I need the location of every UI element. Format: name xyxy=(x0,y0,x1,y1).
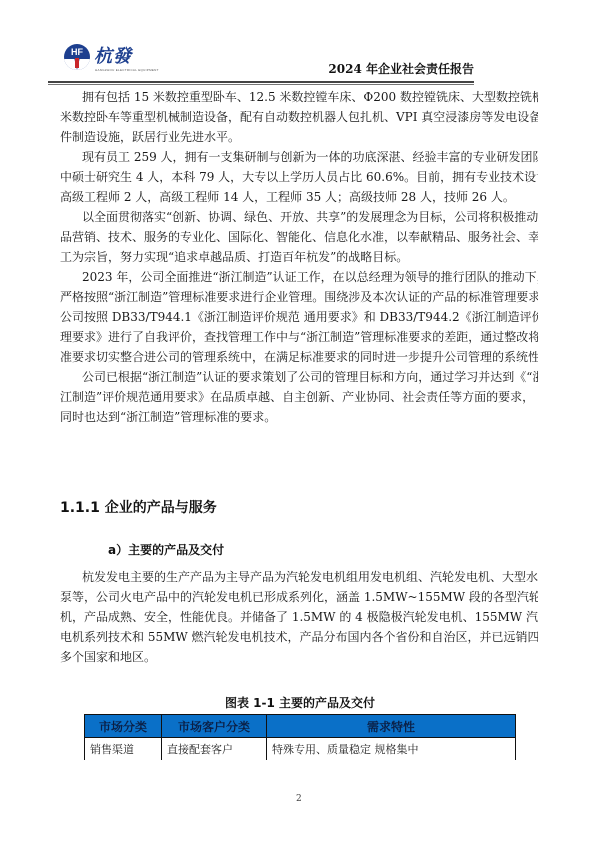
body-text: 拥有包括 15 米数控重型卧车、12.5 米数控镗车床、Φ200 数控镗铣床、大… xyxy=(60,87,538,427)
paragraph-management-goals: 公司已根据“浙江制造”认证的要求策划了公司的管理目标和方向，通过学习并达到《“浙… xyxy=(60,367,538,427)
text-line: 公司已根据“浙江制造”认证的要求策划了公司的管理目标和方向，通过学习并达到《“浙 xyxy=(60,367,538,387)
text-line: 同时也达到“浙江制造”管理标准的要求。 xyxy=(60,407,538,427)
table-header-row: 市场分类 市场客户分类 需求特性 xyxy=(85,715,516,738)
paragraph-certification: 2023 年，公司全面推进“浙江制造”认证工作，在以总经理为领导的推行团队的推动… xyxy=(60,267,538,367)
text-line: 电机系列技术和 55MW 燃汽轮发电机技术，产品分布国内各个省份和自治区，并已远… xyxy=(60,627,538,647)
sub-heading: a）主要的产品及交付 xyxy=(108,541,224,558)
logo-subtitle: HANGZHOU ELECTRICAL EQUIPMENT xyxy=(95,68,159,72)
paragraph-strategy: 以全面贯彻落实“创新、协调、绿色、开放、共享”的发展理念为目标，公司将积极推动产… xyxy=(60,207,538,267)
text-line: 米数控卧车等重型机械制造设备，配有自动数控机器人包扎机、VPI 真空浸漆房等发电… xyxy=(60,107,538,127)
column-header: 需求特性 xyxy=(267,715,516,738)
hf-logo-icon: HF xyxy=(64,44,90,70)
column-header: 市场客户分类 xyxy=(162,715,267,738)
text-line: 拥有包括 15 米数控重型卧车、12.5 米数控镗车床、Φ200 数控镗铣床、大… xyxy=(60,87,538,107)
text-line: 严格按照“浙江制造”管理标准要求进行企业管理。围绕涉及本次认证的产品的标准管理要… xyxy=(60,287,538,307)
paragraph-staff: 现有员工 259 人，拥有一支集研制与创新为一体的功底深湛、经验丰富的专业研发团… xyxy=(60,147,538,207)
text-line: 品营销、技术、服务的专业化、国际化、智能化、信息化水准，以奉献精品、服务社会、幸… xyxy=(60,227,538,247)
header-divider xyxy=(48,81,474,83)
header-divider-thin xyxy=(48,84,474,85)
text-line: 件制造设施，跃居行业先进水平。 xyxy=(60,127,538,147)
text-line: 江制造”评价规范通用要求》在品质卓越、自主创新、产业协同、社会责任等方面的要求， xyxy=(60,387,538,407)
page-number: 2 xyxy=(296,794,302,804)
products-table: 市场分类 市场客户分类 需求特性 销售渠道 直接配套客户 特殊专用、质量稳定 规… xyxy=(84,714,516,760)
text-line: 杭发发电主要的生产产品为主导产品为汽轮发电机组用发电机组、汽轮发电机、大型水 xyxy=(60,567,538,587)
table-cell: 特殊专用、质量稳定 规格集中 xyxy=(267,738,516,761)
paragraph-equipment: 拥有包括 15 米数控重型卧车、12.5 米数控镗车床、Φ200 数控镗铣床、大… xyxy=(60,87,538,147)
text-line: 现有员工 259 人，拥有一支集研制与创新为一体的功底深湛、经验丰富的专业研发团… xyxy=(60,147,538,167)
company-logo: HF 杭發 HANGZHOU ELECTRICAL EQUIPMENT xyxy=(64,42,184,74)
paragraph-products: 杭发发电主要的生产产品为主导产品为汽轮发电机组用发电机组、汽轮发电机、大型水 泵… xyxy=(60,567,538,667)
table-row: 销售渠道 直接配套客户 特殊专用、质量稳定 规格集中 xyxy=(85,738,516,761)
text-line: 理要求》进行了自我评价，查找管理工作中与“浙江制造”管理标准要求的差距，通过整改… xyxy=(60,327,538,347)
logo-name: 杭發 xyxy=(94,42,132,68)
column-header: 市场分类 xyxy=(85,715,162,738)
text-line: 2023 年，公司全面推进“浙江制造”认证工作，在以总经理为领导的推行团队的推动… xyxy=(60,267,538,287)
table-cell: 销售渠道 xyxy=(85,738,162,761)
document-page: HF 杭發 HANGZHOU ELECTRICAL EQUIPMENT 2024… xyxy=(0,0,600,854)
text-line: 准要求切实整合进公司的管理系统中，在满足标准要求的同时进一步提升公司管理的系统性… xyxy=(60,347,538,367)
text-line: 以全面贯彻落实“创新、协调、绿色、开放、共享”的发展理念为目标，公司将积极推动产 xyxy=(60,207,538,227)
page-header: HF 杭發 HANGZHOU ELECTRICAL EQUIPMENT 2024… xyxy=(48,40,474,80)
table-caption: 图表 1-1 主要的产品及交付 xyxy=(0,694,600,711)
text-line: 泵等，公司火电产品中的汽轮发电机已形成系列化，涵盖 1.5MW~155MW 段的… xyxy=(60,587,538,607)
report-title: 2024 年企业社会责任报告 xyxy=(328,60,474,77)
section-heading: 1.1.1 企业的产品与服务 xyxy=(60,497,217,517)
text-line: 多个国家和地区。 xyxy=(60,647,538,667)
text-line: 机，产品成熟、安全，性能优良。并储备了 1.5MW 的 4 极隐极汽轮发电机、1… xyxy=(60,607,538,627)
text-line: 工为宗旨，努力实现“追求卓越品质、打造百年杭发”的战略目标。 xyxy=(60,247,538,267)
text-line: 高级工程师 2 人，高级工程师 14 人，工程师 35 人；高级技师 28 人，… xyxy=(60,187,538,207)
text-line: 中硕士研究生 4 人，本科 79 人，大专以上学历人员占比 60.6%。目前，拥… xyxy=(60,167,538,187)
text-line: 公司按照 DB33/T944.1《浙江制造评价规范 通用要求》和 DB33/T9… xyxy=(60,307,538,327)
products-text: 杭发发电主要的生产产品为主导产品为汽轮发电机组用发电机组、汽轮发电机、大型水 泵… xyxy=(60,567,538,667)
table-cell: 直接配套客户 xyxy=(162,738,267,761)
logo-badge-text: HF xyxy=(71,47,83,57)
